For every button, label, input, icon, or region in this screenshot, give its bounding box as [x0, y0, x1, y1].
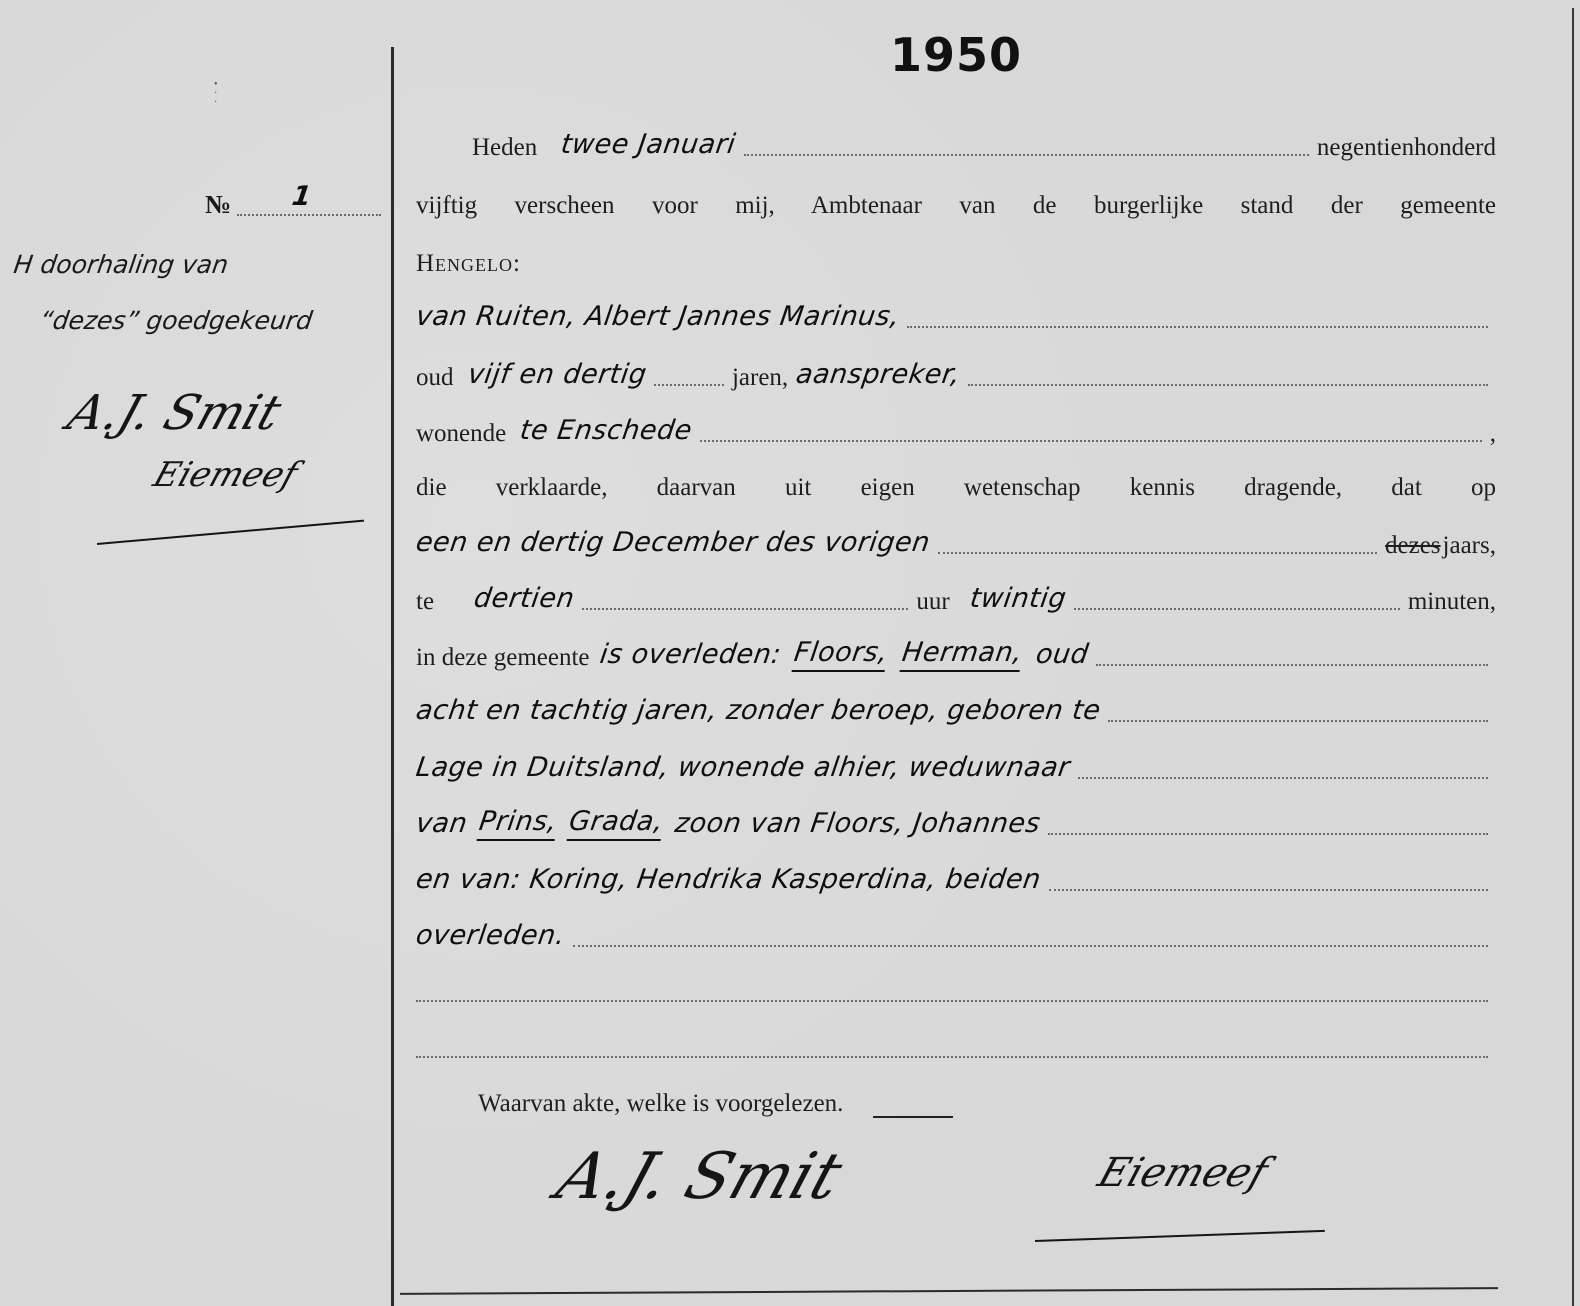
death-record-page: •·· 1950 № 1 H doorhaling van “dezes” go… [0, 0, 1580, 1306]
line-declarant-name: van Ruiten, Albert Jannes Marinus, [416, 294, 1496, 334]
line-spouse-parents: van Prins, Grada, zoon van Floors, Johan… [416, 801, 1496, 841]
hw-spouse-given: Grada, [566, 806, 665, 841]
line-mother: en van: Koring, Hendrika Kasperdina, bei… [416, 857, 1496, 897]
line-municipality: Hengelo: [416, 238, 1496, 278]
hw-declarant-name: van Ruiten, Albert Jannes Marinus, [414, 301, 902, 334]
page-edge-line [1572, 8, 1574, 1306]
line-deceased-birthplace: Lage in Duitsland, wonende alhier, weduw… [416, 745, 1496, 785]
hw-declarant-age: vijf en dertig [465, 359, 648, 392]
record-year: 1950 [890, 28, 1022, 82]
line-declaration: die verklaarde, daarvan uit eigen wetens… [416, 462, 1496, 502]
hw-date: twee Januari [559, 129, 738, 162]
signature-official: A.J. Smit [548, 1140, 851, 1214]
hw-declarant-occupation: aanspreker, [794, 359, 963, 392]
record-number-value: 1 [290, 181, 314, 214]
margin-signature-underline [97, 520, 364, 545]
signature-declarant-underline [1035, 1230, 1325, 1242]
hw-declarant-residence: te Enschede [518, 415, 694, 448]
margin-note-line2: “dezes” goedgekeurd [38, 306, 422, 335]
bottom-rule-line [400, 1287, 1498, 1295]
record-number-label: № [205, 190, 231, 220]
closing-dash [873, 1116, 953, 1118]
line-parents-status: overleden. [416, 913, 1496, 953]
line-declarant-age: oud vijf en dertig jaren, aanspreker, [416, 352, 1496, 392]
line-blank-2 [416, 1024, 1496, 1064]
margin-note-line1: H doorhaling van [12, 250, 396, 279]
hw-parents-status: overleden. [414, 920, 567, 953]
line-blank-1 [416, 968, 1496, 1008]
hw-spouse-surname: Prins, [477, 806, 560, 841]
hw-death-minutes: twintig [967, 583, 1068, 616]
signature-declarant: Eiemeef [1093, 1150, 1274, 1196]
hw-deceased-surname: Floors, [792, 637, 890, 672]
hw-father: zoon van Floors, Johannes [672, 808, 1042, 841]
margin-divider-line [391, 47, 394, 1306]
line-deceased-details: acht en tachtig jaren, zonder beroep, ge… [416, 688, 1496, 728]
hw-deceased-age-occupation: acht en tachtig jaren, zonder beroep, ge… [414, 695, 1103, 728]
line-preamble: vijftig verscheen voor mij, Ambtenaar va… [416, 180, 1496, 220]
hw-death-hour: dertien [472, 583, 577, 616]
faint-marks: •·· [214, 80, 218, 107]
hw-deceased-given: Herman, [899, 637, 1024, 672]
hw-mother: en van: Koring, Hendrika Kasperdina, bei… [414, 864, 1043, 897]
line-death-time: te dertien uur twintig minuten, [416, 576, 1496, 616]
line-declarant-residence: wonende te Enschede , [416, 408, 1496, 448]
line-deceased-name: in deze gemeente is overleden: Floors, H… [416, 632, 1496, 672]
line-date: Heden twee Januari negentienhonderd [472, 122, 1496, 162]
margin-signature-declarant: Eiemeef [149, 455, 303, 495]
record-number: № 1 [205, 190, 385, 220]
hw-deceased-birthplace: Lage in Duitsland, wonende alhier, weduw… [414, 752, 1072, 785]
line-closing: Waarvan akte, welke is voorgelezen. [478, 1078, 1558, 1118]
line-death-date: een en dertig December des vorigen dezes… [416, 520, 1496, 560]
hw-death-date: een en dertig December des vorigen [414, 527, 932, 560]
margin-signature-official: A.J. Smit [61, 385, 288, 441]
